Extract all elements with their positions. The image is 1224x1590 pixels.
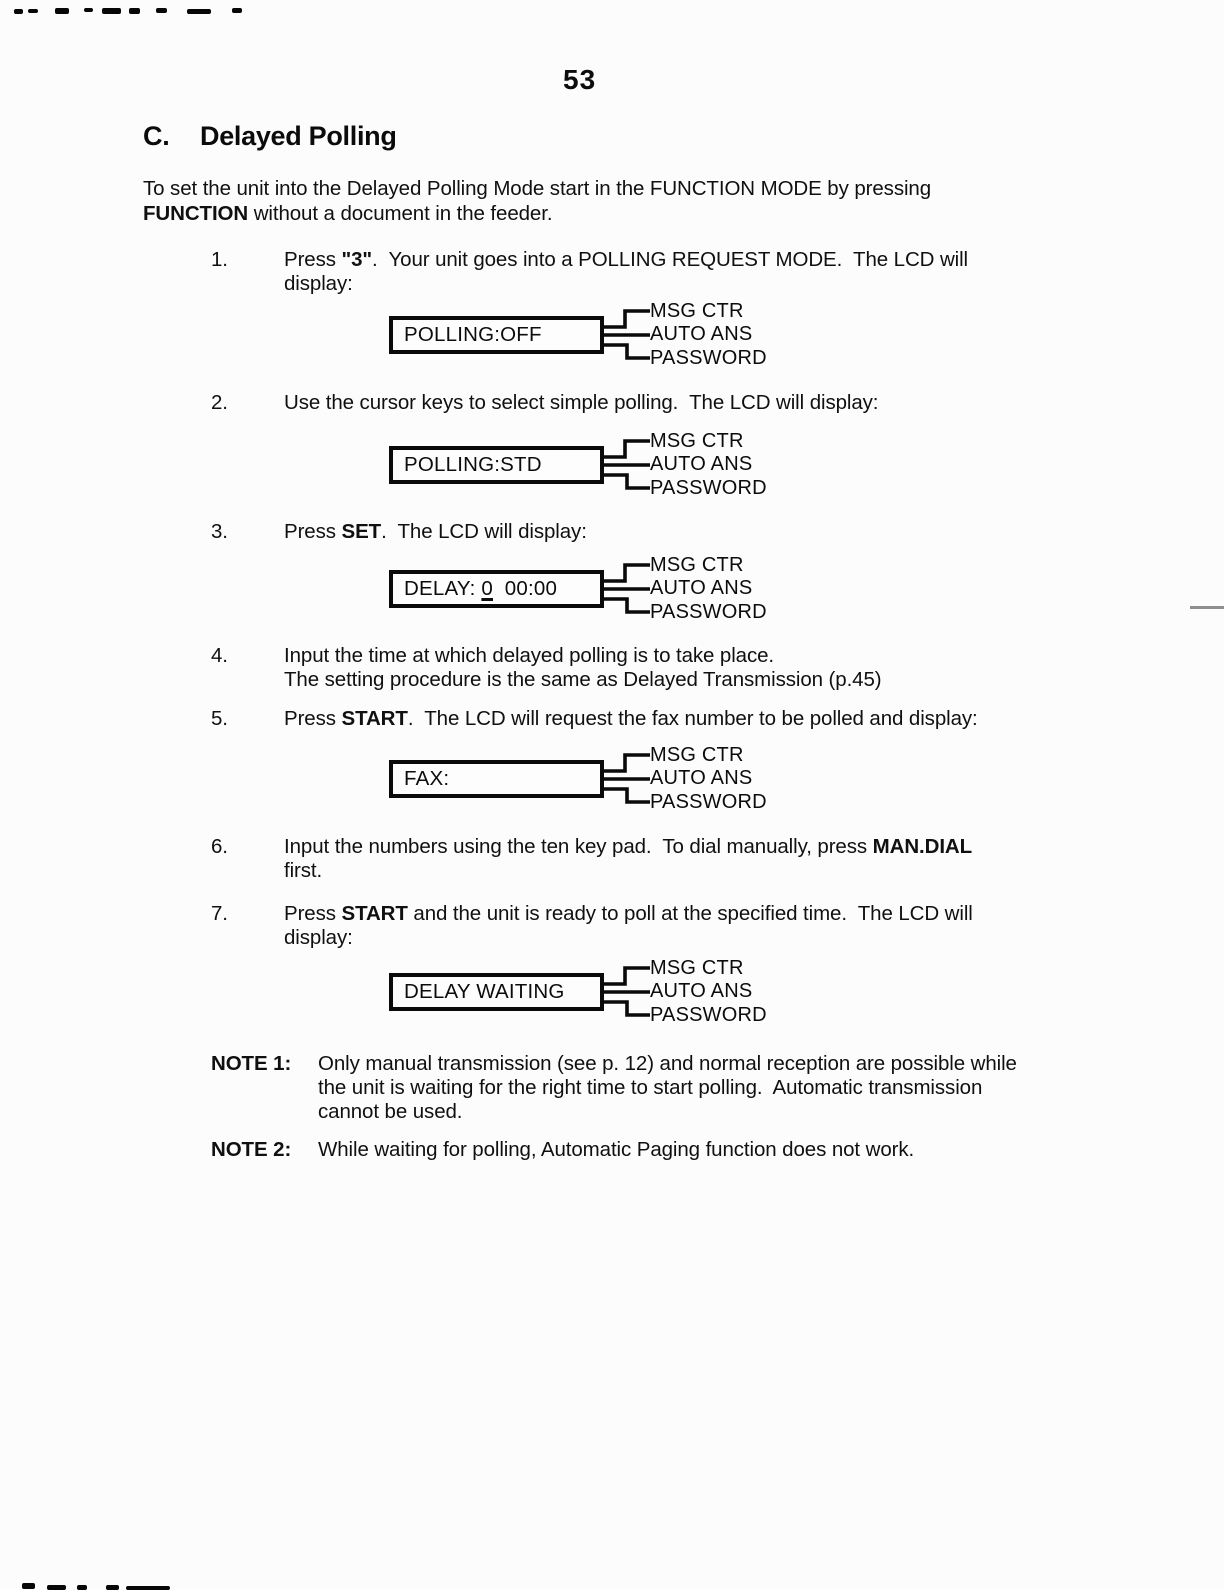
lcd-label-password: PASSWORD xyxy=(650,476,767,500)
section-heading: C.Delayed Polling xyxy=(143,121,397,152)
scan-dash xyxy=(187,9,211,14)
lcd-label-msg-ctr: MSG CTR xyxy=(650,553,744,577)
scan-dash xyxy=(22,1583,35,1589)
note-1: NOTE 1: Only manual transmission (see p.… xyxy=(211,1052,1017,1124)
step-2: 2. Use the cursor keys to select simple … xyxy=(211,391,878,415)
scan-dash xyxy=(102,8,121,14)
bracket-lines-icon xyxy=(601,961,650,1029)
scan-dash xyxy=(156,8,167,13)
note-2: NOTE 2: While waiting for polling, Autom… xyxy=(211,1138,914,1162)
lcd-screen: POLLING:STD xyxy=(389,446,604,484)
step-text: Press START. The LCD will request the fa… xyxy=(284,707,978,731)
scan-dash xyxy=(47,1585,66,1590)
intro-paragraph: To set the unit into the Delayed Polling… xyxy=(143,176,931,226)
step-number: 2. xyxy=(211,391,284,415)
lcd-screen: POLLING:OFF xyxy=(389,316,604,354)
scan-dash xyxy=(106,1585,119,1590)
bracket-lines-icon xyxy=(601,748,650,816)
lcd-label-password: PASSWORD xyxy=(650,600,767,624)
note-label: NOTE 1: xyxy=(211,1052,318,1124)
lcd-screen: DELAY WAITING xyxy=(389,973,604,1011)
lcd-label-auto-ans: AUTO ANS xyxy=(650,979,752,1003)
page-edge-mark xyxy=(1190,606,1224,609)
lcd-screen: FAX: xyxy=(389,760,604,798)
lcd-label-password: PASSWORD xyxy=(650,1003,767,1027)
scan-dash xyxy=(129,8,140,14)
section-title: Delayed Polling xyxy=(200,121,397,151)
step-number: 3. xyxy=(211,520,284,544)
note-label: NOTE 2: xyxy=(211,1138,318,1162)
step-text: Input the time at which delayed polling … xyxy=(284,644,882,692)
intro-bold-function: FUNCTION xyxy=(143,202,248,225)
lcd-cursor-digit: 0 xyxy=(481,577,493,600)
step-text: Press SET. The LCD will display: xyxy=(284,520,587,544)
lcd-screen-text: 00:00 xyxy=(493,577,557,600)
step-number: 1. xyxy=(211,248,284,296)
lcd-screen-text: DELAY: xyxy=(404,577,481,600)
step-4: 4. Input the time at which delayed polli… xyxy=(211,644,882,692)
lcd-label-password: PASSWORD xyxy=(650,346,767,370)
step-number: 6. xyxy=(211,835,284,883)
bracket-lines-icon xyxy=(601,558,650,626)
bracket-lines-icon xyxy=(601,304,650,372)
intro-rest: without a document in the feeder. xyxy=(248,202,552,225)
lcd-screen: DELAY: 0 00:00 xyxy=(389,570,604,608)
lcd-label-password: PASSWORD xyxy=(650,790,767,814)
step-1: 1. Press "3". Your unit goes into a POLL… xyxy=(211,248,968,296)
lcd-label-msg-ctr: MSG CTR xyxy=(650,743,744,767)
scan-dash xyxy=(84,8,93,12)
step-6: 6. Input the numbers using the ten key p… xyxy=(211,835,972,883)
step-text: Press START and the unit is ready to pol… xyxy=(284,902,973,950)
scan-dash xyxy=(28,9,38,13)
lcd-label-auto-ans: AUTO ANS xyxy=(650,322,752,346)
scan-dash xyxy=(126,1586,170,1590)
lcd-label-auto-ans: AUTO ANS xyxy=(650,766,752,790)
step-3: 3. Press SET. The LCD will display: xyxy=(211,520,587,544)
lcd-label-auto-ans: AUTO ANS xyxy=(650,576,752,600)
page-number: 53 xyxy=(563,64,596,96)
step-text: Press "3". Your unit goes into a POLLING… xyxy=(284,248,968,296)
step-text: Input the numbers using the ten key pad.… xyxy=(284,835,972,883)
lcd-screen-text: POLLING:STD xyxy=(404,453,542,476)
scan-dash xyxy=(14,9,23,14)
lcd-screen-text: FAX: xyxy=(404,767,449,790)
lcd-screen-text: DELAY WAITING xyxy=(404,980,565,1003)
lcd-label-msg-ctr: MSG CTR xyxy=(650,299,744,323)
scan-dash xyxy=(232,8,242,13)
scanned-manual-page: 53 C.Delayed Polling To set the unit int… xyxy=(0,0,1224,1590)
step-7: 7. Press START and the unit is ready to … xyxy=(211,902,973,950)
step-number: 4. xyxy=(211,644,284,692)
intro-line1: To set the unit into the Delayed Polling… xyxy=(143,177,931,200)
scan-dash xyxy=(55,8,69,14)
lcd-screen-text: POLLING:OFF xyxy=(404,323,542,346)
scan-dash xyxy=(77,1585,87,1590)
note-text: While waiting for polling, Automatic Pag… xyxy=(318,1138,914,1162)
section-letter: C. xyxy=(143,121,200,152)
step-5: 5. Press START. The LCD will request the… xyxy=(211,707,978,731)
step-text: Use the cursor keys to select simple pol… xyxy=(284,391,878,415)
lcd-label-msg-ctr: MSG CTR xyxy=(650,429,744,453)
lcd-label-auto-ans: AUTO ANS xyxy=(650,452,752,476)
lcd-label-msg-ctr: MSG CTR xyxy=(650,956,744,980)
step-number: 5. xyxy=(211,707,284,731)
bracket-lines-icon xyxy=(601,434,650,502)
step-number: 7. xyxy=(211,902,284,950)
note-text: Only manual transmission (see p. 12) and… xyxy=(318,1052,1017,1124)
